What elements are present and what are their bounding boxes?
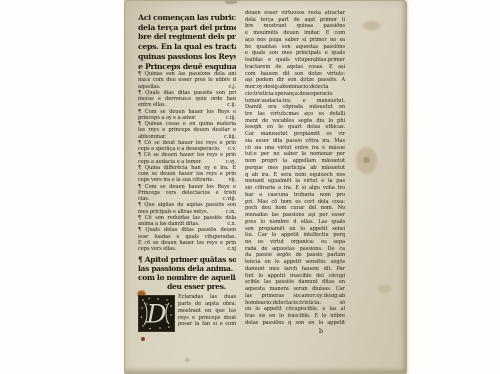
text-line: cō sia una virtut entre ira e māsue <box>245 145 345 152</box>
text-line: sio cōtraria a ira. E si algu volia tro <box>245 185 345 192</box>
text-line: hominacio:delectacio:tristicia: sō <box>245 300 345 307</box>
table-of-contents: ¶ Quinas son las passions dela anima:e c… <box>138 71 236 252</box>
text-line: mor:oy:desig:abominacio:delecta <box>245 84 345 91</box>
text-line: bre mostrant quinas passiōns <box>245 23 345 30</box>
text-line: com lo nombre de aquellas <box>138 273 236 282</box>
text-line: las primeras sis:amor:oy:desig:ab <box>245 293 345 300</box>
text-line: quinas passions los Reys <box>138 52 236 62</box>
signature-mark: b <box>245 328 345 335</box>
text-line: deu esser pres. <box>138 282 236 291</box>
text-line: pri. Mas cō hom es cert dela cosa: <box>245 199 345 206</box>
text-line: bar a cascuna trobaria nom pro <box>245 192 345 199</box>
text-line: ¶ Apitol primer quātas son <box>138 255 236 264</box>
text-line: scible las passiōs damunt ditas en <box>245 279 345 286</box>
toc-entry-text: ceps vers ellas. <box>138 246 176 252</box>
text-line: rada de aquestas passions. De ca <box>245 246 345 253</box>
text-line: delas passiōns q son en lo appetit <box>245 320 345 327</box>
text-line: dela terça part del primer li <box>138 23 236 33</box>
text-line: losoph en lo quart delas ethicas. <box>245 124 345 131</box>
foxing-stain <box>378 285 391 293</box>
text-line: e Princeps deuē esquiuar. <box>138 62 236 72</box>
text-line: sia esser dita passio cōtra ira. Mas <box>245 138 345 145</box>
text-line: perque mes participa ab māsuetut <box>245 165 345 172</box>
text-line: ment de vocables segōs diu lo phi <box>245 118 345 125</box>
woodcut-initial-art: D <box>138 295 175 332</box>
text-line: da passio segōs de passio parlam <box>245 252 345 259</box>
text-line: bre del regiment dels prin <box>138 32 236 42</box>
text-line: tre las virtuts:mas aço es defalli <box>245 111 345 118</box>
text-line: damunt mes larch hauem dit. Par <box>245 266 345 273</box>
text-line: dela terça part de aqst primer li <box>245 17 345 24</box>
text-line: pres lo nombre d ellas. Las quals <box>245 219 345 226</box>
foxing-stain <box>363 21 380 30</box>
text-line: ceps vers ellas.c.xj <box>138 246 236 252</box>
text-line: no es virtut organica: es sepa <box>245 239 345 246</box>
text-line: tut:e per no saber la nomenar per <box>245 151 345 158</box>
text-line: las passions dela anima. E <box>138 264 236 273</box>
text-line: be quantas son aquestas passiōns <box>245 44 345 51</box>
scan-background: Aci començan las rubricasdela terça part… <box>0 0 500 374</box>
toc-chapter-number: c.ij. <box>223 102 236 108</box>
text-line: deuen esser virtuosos resta atractar <box>245 10 345 17</box>
text-line: Aci començan las rubricas <box>138 13 236 23</box>
text-line: nom propri la appellam māsuetut <box>245 158 345 165</box>
text-line: ceps. En la qual es tractat: <box>138 42 236 52</box>
intro-paragraph: D Eclaradas las duasparts de aqsta obra:… <box>138 294 236 328</box>
left-column: Aci començan las rubricasdela terça part… <box>138 13 236 365</box>
chapter-heading: Aci començan las rubricasdela terça part… <box>138 13 236 71</box>
text-line: q ab ira. E sera nom equiuoch nos <box>245 172 345 179</box>
foxing-stain <box>356 147 377 174</box>
text-line: tiu. Car lo appetit intellectiu perq <box>245 232 345 239</box>
right-column: deuen esser virtuosos resta atractardela… <box>245 10 345 370</box>
text-line: menant egualmēt la virtut e la pas <box>245 178 345 185</box>
chapter-subheading: ¶ Apitol primer quātas sonlas passions d… <box>138 255 236 291</box>
toc-entry-text: entre ellas. <box>138 102 166 108</box>
text-line: aquesta manera seran diuisas. Car <box>245 286 345 293</box>
text-line: menadas las passions aşi per esser <box>245 212 345 219</box>
body-text: deuen esser virtuosos resta atractardela… <box>245 10 345 327</box>
text-line: aço nos puga saber si primer no sa <box>245 37 345 44</box>
text-line: com hauem dit son dotze virtuts: <box>245 71 345 78</box>
text-line: en lo appetit cōcupiscible. e las al <box>245 306 345 313</box>
woodcut-initial: D <box>138 295 175 332</box>
text-line: e mouimēts deuen imitar. E com <box>245 30 345 37</box>
text-line: aşi podem dir son dotze passiōs. A <box>245 77 345 84</box>
text-line: loablas e quals vituperablas:primer <box>245 57 345 64</box>
book-leaf: Aci començan las rubricasdela terça part… <box>124 0 407 374</box>
text-line: parts de aqsta obra: <box>178 301 236 308</box>
paper-edge-notch <box>225 1 237 4</box>
foxing-stain <box>363 157 370 163</box>
text-line: cio:tristicia:sperança:desesperacio <box>245 91 345 98</box>
text-line: tint lo appetit irascible del cōcupi <box>245 273 345 280</box>
drop-cap-letter: D <box>145 300 166 329</box>
text-line: reys e princeps deuē <box>178 315 236 322</box>
toc-chapter-number: c.xj <box>223 246 236 252</box>
text-line: e quals son mes principals e quals <box>245 50 345 57</box>
text-line: Car mansuetut propiamēt es vir <box>245 131 345 138</box>
text-line: tras sis en lo irascible. E lo nōbre <box>245 313 345 320</box>
text-line: son propiamēt en lo appetit sensi <box>245 226 345 233</box>
text-line: ¶ Quals delas ditas passiōs deuen <box>138 227 236 233</box>
toc-entry-text: ceps vers ira e la sua cōtrarie. <box>138 177 214 183</box>
toc-chapter-number: vij. <box>225 177 236 183</box>
text-line: tencia en lo appetit sensitiu: segōs <box>245 259 345 266</box>
text-line: temor:audacia:ira: e mansuetut. <box>245 98 345 105</box>
text-line: Damūt era cōprada māsuetut en <box>245 104 345 111</box>
text-line: posar la fan si e com <box>178 321 236 328</box>
text-line: Eclaradas las duas <box>178 294 236 301</box>
text-line: tractarem de aqstas cosas. E aşi <box>245 64 345 71</box>
text-line: mostrant en que los <box>178 308 236 315</box>
text-line: poch deu hom curar del nom. No <box>245 205 345 212</box>
